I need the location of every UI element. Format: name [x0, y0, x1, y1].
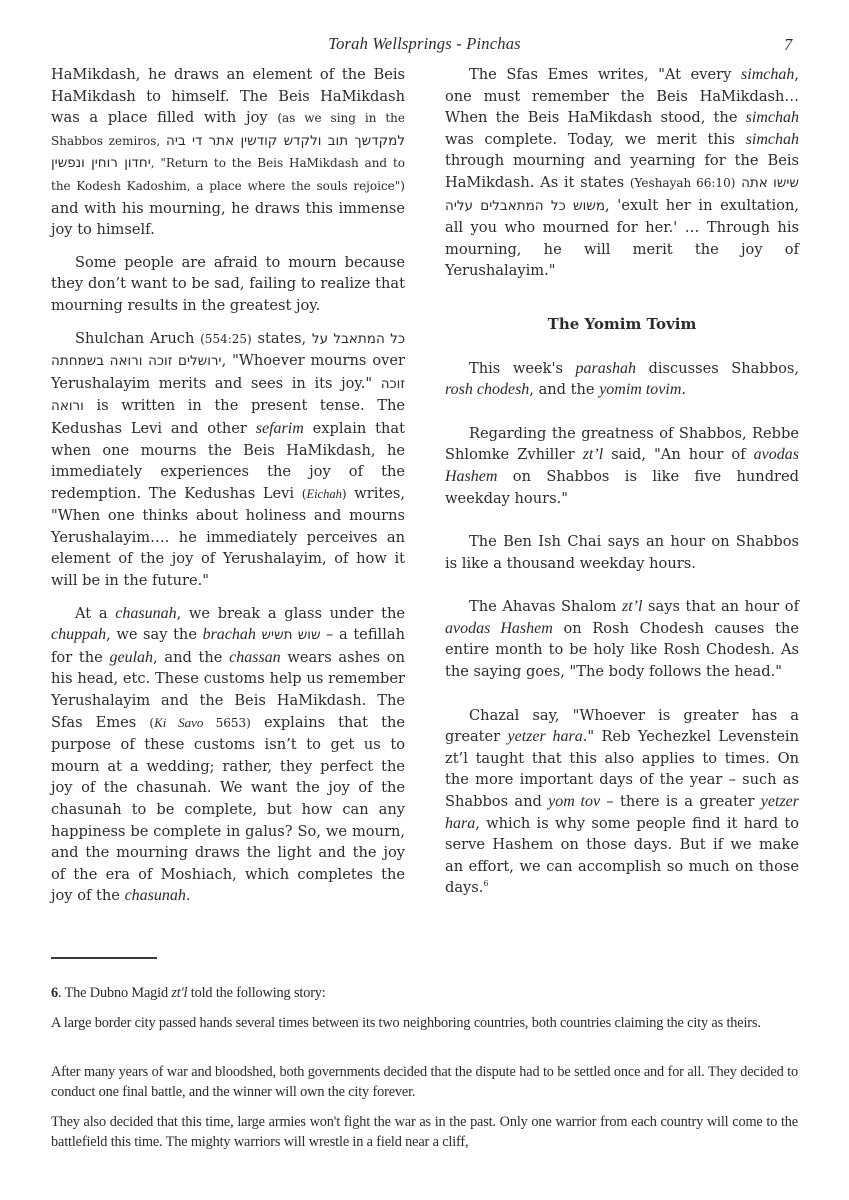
footnote-reference[interactable]: 6	[483, 880, 488, 889]
left-column: HaMikdash, he draws an element of the Be…	[51, 64, 405, 907]
footnote-paragraph: They also decided that this time, large …	[51, 1113, 798, 1152]
paragraph: The Ahavas Shalom zt’l says that an hour…	[445, 596, 799, 682]
paragraph: At a chasunah, we break a glass under th…	[51, 603, 405, 907]
hebrew-quote: שוש תשיש	[261, 627, 320, 643]
footnote-separator	[51, 957, 157, 959]
paragraph: Chazal say, "Whoever is greater has a gr…	[445, 705, 799, 899]
footnote-paragraph: After many years of war and bloodshed, b…	[51, 1063, 798, 1102]
footnote-6: 6. The Dubno Magid zt'l told the followi…	[51, 984, 798, 1004]
book-title: Torah Wellsprings - Pinchas	[0, 34, 849, 54]
footnote-number: 6	[51, 985, 58, 1001]
running-header: Torah Wellsprings - Pinchas 7	[0, 34, 849, 56]
footnote-paragraph: A large border city passed hands several…	[51, 1014, 798, 1034]
right-column: The Sfas Emes writes, "At every simchah,…	[445, 64, 799, 899]
paragraph: The Ben Ish Chai says an hour on Shabbos…	[445, 531, 799, 574]
citation: (554:25)	[200, 332, 252, 346]
paragraph: Shulchan Aruch (554:25) states, כל המתאב…	[51, 328, 405, 592]
paragraph: Some people are afraid to mourn because …	[51, 252, 405, 317]
page-number: 7	[784, 35, 792, 55]
paragraph: Regarding the greatness of Shabbos, Rebb…	[445, 423, 799, 509]
paragraph: The Sfas Emes writes, "At every simchah,…	[445, 64, 799, 282]
citation: (Yeshayah 66:10)	[630, 176, 736, 190]
paragraph: HaMikdash, he draws an element of the Be…	[51, 64, 405, 241]
paragraph: This week's parashah discusses Shabbos, …	[445, 358, 799, 401]
section-heading: The Yomim Tovim	[445, 314, 799, 336]
